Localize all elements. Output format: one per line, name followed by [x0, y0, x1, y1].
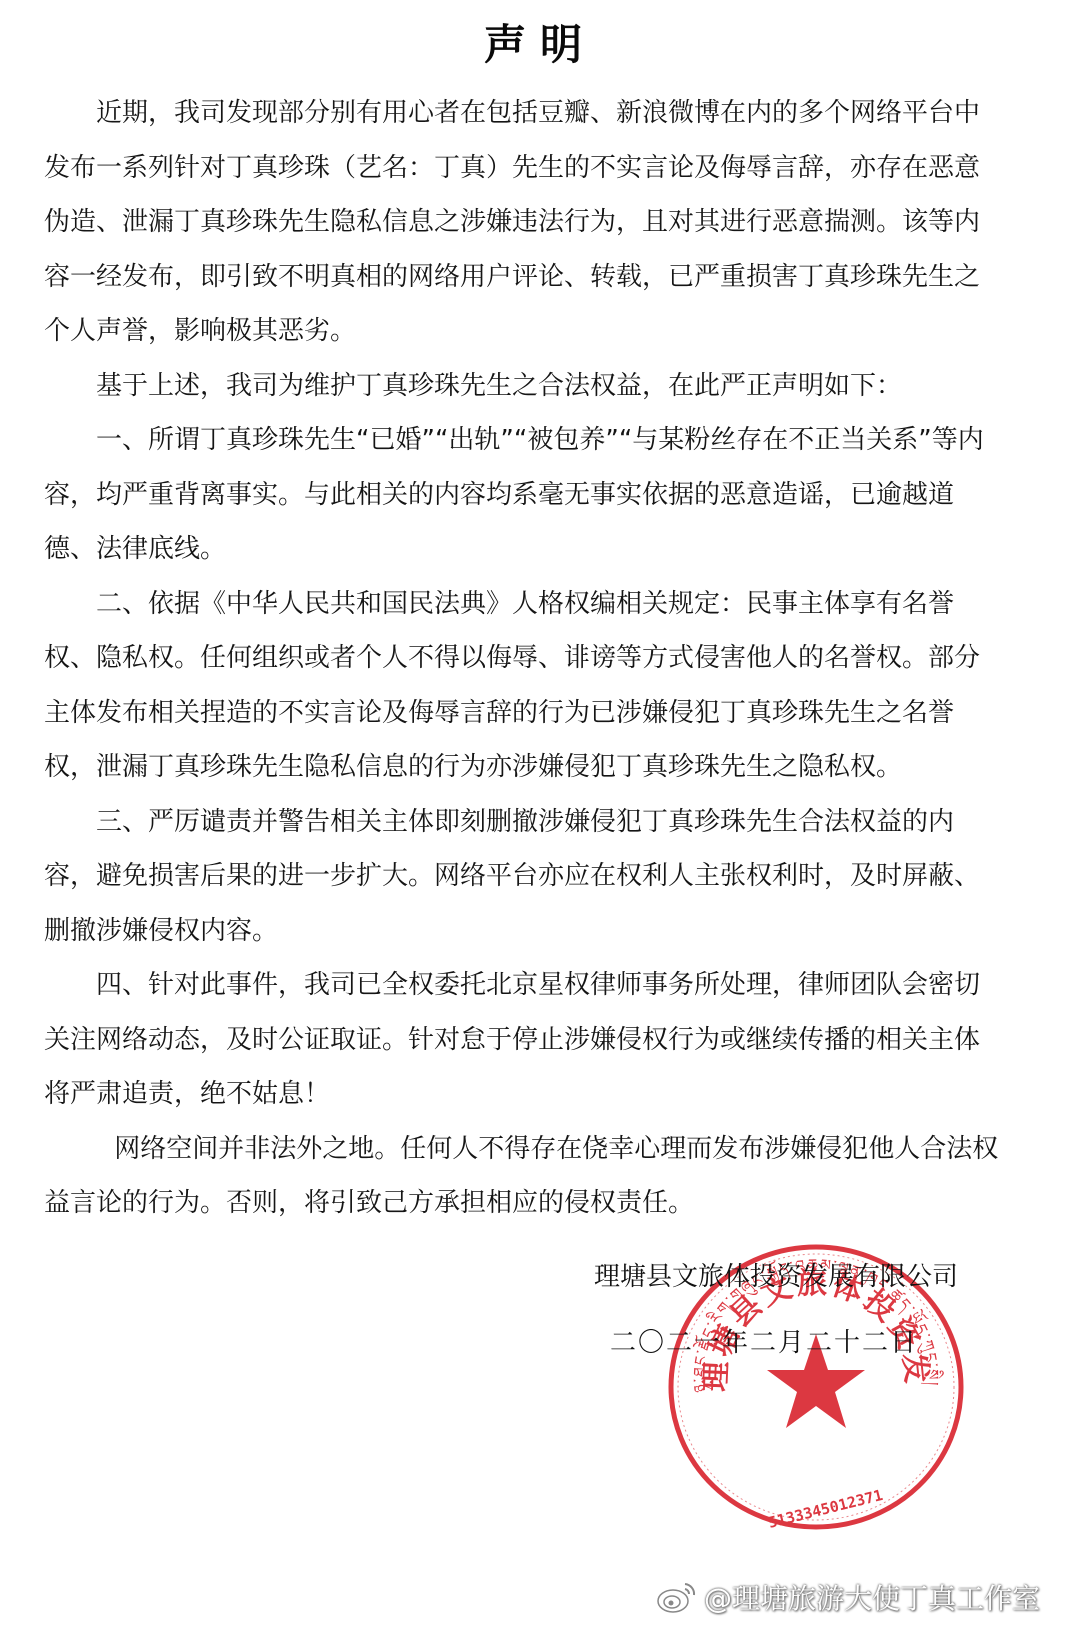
text-line: 将严肃追责，绝不姑息！: [44, 1067, 1044, 1122]
signature-block: 理塘县文旅体投资发展有限公司 二〇二一年二月二十二日: [594, 1262, 958, 1358]
paragraph-declaration-lead: 基于上述，我司为维护丁真珍珠先生之合法权益，在此严正声明如下：: [44, 359, 1044, 414]
text-line: 基于上述，我司为维护丁真珍珠先生之合法权益，在此严正声明如下：: [44, 359, 1044, 414]
signature-company: 理塘县文旅体投资发展有限公司: [594, 1262, 958, 1292]
text-line: 网络空间并非法外之地。任何人不得存在侥幸心理而发布涉嫌侵犯他人合法权: [44, 1122, 1044, 1177]
statement-body: 近期，我司发现部分别有用心者在包括豆瓣、新浪微博在内的多个网络平台中 发布一系列…: [44, 86, 1044, 1231]
text-line: 一、所谓丁真珍珠先生“已婚”“出轨”“被包养”“与某粉丝存在不正当关系”等内: [44, 413, 1044, 468]
text-line: 容一经发布，即引致不明真相的网络用户评论、转载，已严重损害丁真珍珠先生之: [44, 250, 1044, 305]
weibo-icon: [656, 1579, 698, 1615]
text-line: 个人声誉，影响极其恶劣。: [44, 304, 1044, 359]
text-line: 近期，我司发现部分别有用心者在包括豆瓣、新浪微博在内的多个网络平台中: [44, 86, 1044, 141]
text-line: 三、严厉谴责并警告相关主体即刻删撤涉嫌侵犯丁真珍珠先生合法权益的内: [44, 795, 1044, 850]
text-line: 容，避免损害后果的进一步扩大。网络平台亦应在权利人主张权利时，及时屏蔽、: [44, 849, 1044, 904]
text-line: 益言论的行为。否则，将引致己方承担相应的侵权责任。: [44, 1176, 1044, 1231]
weibo-watermark: @理塘旅游大使丁真工作室: [656, 1577, 1040, 1617]
text-line: 德、法律底线。: [44, 522, 1044, 577]
watermark-text: @理塘旅游大使丁真工作室: [704, 1577, 1040, 1617]
signature-date: 二〇二一年二月二十二日: [594, 1328, 918, 1358]
document-title: 声明: [0, 12, 1080, 72]
text-line: 主体发布相关捏造的不实言论及侮辱言辞的行为已涉嫌侵犯丁真珍珠先生之名誉: [44, 686, 1044, 741]
text-line: 发布一系列针对丁真珍珠（艺名：丁真）先生的不实言论及侮辱言辞，亦存在恶意: [44, 141, 1044, 196]
paragraph-point-1: 一、所谓丁真珍珠先生“已婚”“出轨”“被包养”“与某粉丝存在不正当关系”等内 容…: [44, 413, 1044, 577]
text-line: 删撤涉嫌侵权内容。: [44, 904, 1044, 959]
text-line: 四、针对此事件，我司已全权委托北京星权律师事务所处理，律师团队会密切: [44, 958, 1044, 1013]
text-line: 关注网络动态，及时公证取证。针对怠于停止涉嫌侵权行为或继续传播的相关主体: [44, 1013, 1044, 1068]
paragraph-point-3: 三、严厉谴责并警告相关主体即刻删撤涉嫌侵犯丁真珍珠先生合法权益的内 容，避免损害…: [44, 795, 1044, 959]
paragraph-intro: 近期，我司发现部分别有用心者在包括豆瓣、新浪微博在内的多个网络平台中 发布一系列…: [44, 86, 1044, 359]
text-line: 二、依据《中华人民共和国民法典》人格权编相关规定：民事主体享有名誉: [44, 577, 1044, 632]
paragraph-closing: 网络空间并非法外之地。任何人不得存在侥幸心理而发布涉嫌侵犯他人合法权 益言论的行…: [44, 1122, 1044, 1231]
text-line: 权、隐私权。任何组织或者个人不得以侮辱、诽谤等方式侵害他人的名誉权。部分: [44, 631, 1044, 686]
paragraph-point-4: 四、针对此事件，我司已全权委托北京星权律师事务所处理，律师团队会密切 关注网络动…: [44, 958, 1044, 1122]
text-line: 权，泄漏丁真珍珠先生隐私信息的行为亦涉嫌侵犯丁真珍珠先生之隐私权。: [44, 740, 1044, 795]
text-line: 伪造、泄漏丁真珍珠先生隐私信息之涉嫌违法行为，且对其进行恶意揣测。该等内: [44, 195, 1044, 250]
paragraph-point-2: 二、依据《中华人民共和国民法典》人格权编相关规定：民事主体享有名誉 权、隐私权。…: [44, 577, 1044, 795]
text-line: 容，均严重背离事实。与此相关的内容均系毫无事实依据的恶意造谣，已逾越道: [44, 468, 1044, 523]
